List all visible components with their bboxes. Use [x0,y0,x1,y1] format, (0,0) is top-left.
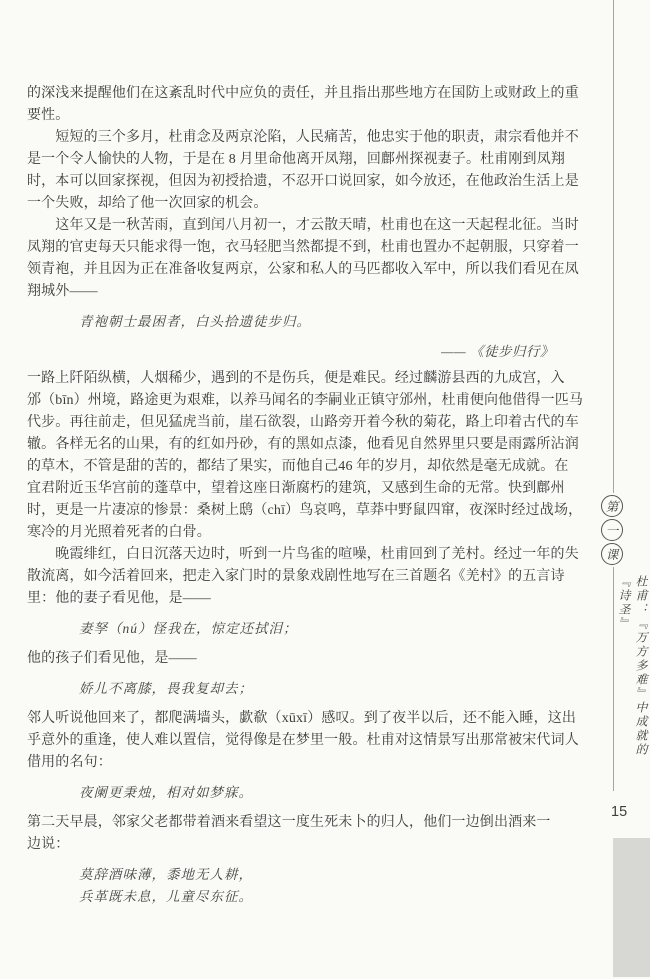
lesson-badge-char-1: 第 [601,495,623,517]
text-line: 邠（bīn）州境，路途更为艰难，以养马闻名的李嗣业正镇守邠州，杜甫便向他借得一匹… [27,390,580,412]
text-line: 代步。再往前走，但见猛虎当前，崖石欲裂，山路旁开着今秋的菊花，路上印着古代的车 [27,412,580,434]
text-line: 宜君附近玉华宫前的蓬草中，望着这座日渐腐朽的建筑，又感到生命的无常。快到鄜州 [27,478,580,500]
poem-quote: 夜阑更秉烛，相对如梦寐。 [79,782,580,804]
lesson-badge-char-3: 课 [601,543,623,565]
sidebar-lesson-title: 杜甫：『万方多难』中成就的『诗圣』 [616,575,650,760]
text-line: 要性。 [27,105,580,127]
text-line: 翔城外—— [27,281,580,303]
text-line: 莫辞酒味薄，黍地无人耕， [79,864,580,886]
sidebar-gray-tab [613,838,650,977]
text-line: 领青袍，并且因为正在准备收复两京，公家和私人的马匹都收入军中，所以我们看见在凤 [27,259,580,281]
text-line: 妻孥（nú）怪我在，惊定还拭泪； [79,618,580,640]
main-text: 的深浅来提醒他们在这紊乱时代中应负的责任，并且指出那些地方在国防上或财政上的重要… [27,83,580,916]
text-line: 乎意外的重逢，使人难以置信，觉得像是在梦里一般。杜甫对这情景写出那常被宋代词人 [27,730,580,752]
text-line: 他的孩子们看见他，是—— [27,648,580,670]
text-line: 邻人听说他回来了，都爬满墙头，歔欷（xūxī）感叹。到了夜半以后，还不能入睡，这… [27,708,580,730]
poem-quote: 青袍朝士最困者，白头拾遗徒步归。 [79,311,580,333]
poem-attribution: —— 《徒步归行》 [27,341,554,363]
text-line: —— 《徒步归行》 [27,341,554,363]
poem-quote: 妻孥（nú）怪我在，惊定还拭泪； [79,618,580,640]
text-line: 是一个令人愉快的人物，于是在 8 月里命他离开凤翔，回鄜州探视妻子。杜甫刚到凤翔 [27,149,580,171]
text-line: 里：他的妻子看见他，是—— [27,588,580,610]
text-line: 的草木，不管是甜的苦的，都结了果实，而他自己46 年的岁月，却依然是毫无成就。在 [27,456,580,478]
text-line: 娇儿不离膝，畏我复却去； [79,678,580,700]
text-line: 的深浅来提醒他们在这紊乱时代中应负的责任，并且指出那些地方在国防上或财政上的重 [27,83,580,105]
text-line: 边说： [27,834,580,856]
paragraph: 他的孩子们看见他，是—— [27,648,580,670]
text-line: 这年又是一秋苦雨，直到闰八月初一，才云散天晴，杜甫也在这一天起程北征。当时 [27,215,580,237]
text-line: 青袍朝士最困者，白头拾遗徒步归。 [79,311,580,333]
text-line: 寒冷的月光照着死者的白骨。 [27,522,580,544]
text-line: 辙。各样无名的山果，有的红如丹砂，有的黑如点漆，他看见自然界里只要是雨露所沾润 [27,434,580,456]
sidebar-divider-line [613,0,614,791]
text-line: 凤翔的官吏每天只能求得一饱，衣马轻肥当然都提不到，杜甫也置办不起朝服，只穿着一 [27,237,580,259]
paragraph: 邻人听说他回来了，都爬满墙头，歔欷（xūxī）感叹。到了夜半以后，还不能入睡，这… [27,708,580,774]
text-line: 晚霞绯红，白日沉落天边时，听到一片鸟雀的喧噪，杜甫回到了羌村。经过一年的失 [27,544,580,566]
text-line: 借用的名句： [27,752,580,774]
text-line: 一路上阡陌纵横，人烟稀少，遇到的不是伤兵，便是难民。经过麟游县西的九成宫，入 [27,368,580,390]
poem-quote: 莫辞酒味薄，黍地无人耕，兵革既未息，儿童尽东征。 [79,864,580,908]
text-line: 第二天早晨，邻家父老都带着酒来看望这一度生死未卜的归人，他们一边倒出酒来一 [27,812,580,834]
text-line: 一个失败，却给了他一次回家的机会。 [27,193,580,215]
text-line: 时，本可以回家探视，但因为初授拾遗，不忍开口说回家，如今放还，在他政治生活上是 [27,171,580,193]
lesson-badge-char-2: 一 [601,519,623,541]
page-number: 15 [611,804,627,820]
paragraph: 第二天早晨，邻家父老都带着酒来看望这一度生死未卜的归人，他们一边倒出酒来一边说： [27,812,580,856]
text-line: 时，更是一片凄凉的惨景：桑树上鸱（chī）鸟哀鸣，草莽中野鼠四窜，夜深时经过战场… [27,500,580,522]
text-line: 兵革既未息，儿童尽东征。 [79,886,580,908]
paragraph: 短短的三个多月，杜甫念及两京沦陷，人民痛苦，他忠实于他的职责，肃宗看他并不是一个… [27,127,580,215]
paragraph: 一路上阡陌纵横，人烟稀少，遇到的不是伤兵，便是难民。经过麟游县西的九成宫，入邠（… [27,368,580,544]
text-line: 散流离，如今活着回来，把走入家门时的景象戏剧性地写在三首题名《羌村》的五言诗 [27,566,580,588]
paragraph: 这年又是一秋苦雨，直到闰八月初一，才云散天晴，杜甫也在这一天起程北征。当时凤翔的… [27,215,580,303]
lesson-badge: 第 一 课 [601,493,623,567]
paragraph: 晚霞绯红，白日沉落天边时，听到一片鸟雀的喧噪，杜甫回到了羌村。经过一年的失散流离… [27,544,580,610]
poem-quote: 娇儿不离膝，畏我复却去； [79,678,580,700]
paragraph: 的深浅来提醒他们在这紊乱时代中应负的责任，并且指出那些地方在国防上或财政上的重要… [27,83,580,127]
text-line: 短短的三个多月，杜甫念及两京沦陷，人民痛苦，他忠实于他的职责，肃宗看他并不 [27,127,580,149]
text-line: 夜阑更秉烛，相对如梦寐。 [79,782,580,804]
